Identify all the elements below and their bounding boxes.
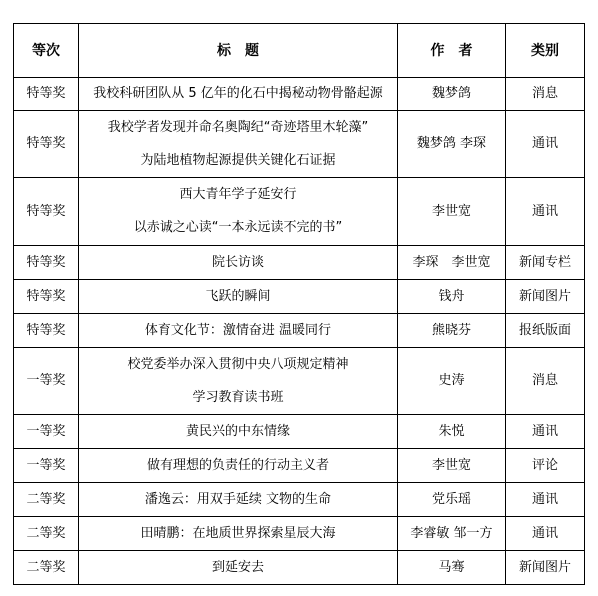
title-line: 学习教育读书班 bbox=[79, 390, 397, 406]
title-line: 黄民兴的中东情缘 bbox=[79, 424, 397, 440]
title-cell: 校党委举办深入贯彻中央八项规定精神学习教育读书班 bbox=[79, 348, 398, 415]
table-row: 二等奖潘逸云：用双手延续 文物的生命党乐瑶通讯 bbox=[14, 483, 585, 517]
title-line: 校党委举办深入贯彻中央八项规定精神 bbox=[79, 357, 397, 373]
title-cell: 体育文化节：激情奋进 温暖同行 bbox=[79, 314, 398, 348]
title-line: 我校科研团队从 5 亿年的化石中揭秘动物骨骼起源 bbox=[79, 86, 397, 102]
title-cell: 田晴鹏：在地质世界探索星辰大海 bbox=[79, 517, 398, 551]
author-cell: 李睿敏 邹一方 bbox=[398, 517, 506, 551]
award-table: 等次 标 题 作 者 类别 特等奖我校科研团队从 5 亿年的化石中揭秘动物骨骼起… bbox=[13, 23, 585, 585]
table-body: 特等奖我校科研团队从 5 亿年的化石中揭秘动物骨骼起源魏梦鸽消息特等奖我校学者发… bbox=[14, 78, 585, 585]
award-rank-cell: 二等奖 bbox=[14, 517, 79, 551]
category-cell: 新闻专栏 bbox=[506, 246, 585, 280]
author-cell: 朱悦 bbox=[398, 415, 506, 449]
header-category: 类别 bbox=[506, 24, 585, 78]
author-cell: 史涛 bbox=[398, 348, 506, 415]
author-cell: 魏梦鸽 李琛 bbox=[398, 111, 506, 178]
category-cell: 新闻图片 bbox=[506, 551, 585, 585]
table-row: 特等奖体育文化节：激情奋进 温暖同行熊晓芬报纸版面 bbox=[14, 314, 585, 348]
title-cell: 做有理想的负责任的行动主义者 bbox=[79, 449, 398, 483]
category-cell: 报纸版面 bbox=[506, 314, 585, 348]
table-row: 特等奖飞跃的瞬间钱舟新闻图片 bbox=[14, 280, 585, 314]
award-rank-cell: 特等奖 bbox=[14, 78, 79, 111]
table-row: 特等奖我校科研团队从 5 亿年的化石中揭秘动物骨骼起源魏梦鸽消息 bbox=[14, 78, 585, 111]
author-cell: 钱舟 bbox=[398, 280, 506, 314]
category-cell: 通讯 bbox=[506, 415, 585, 449]
title-line: 院长访谈 bbox=[79, 255, 397, 271]
award-rank-cell: 二等奖 bbox=[14, 483, 79, 517]
title-line: 为陆地植物起源提供关键化石证据 bbox=[79, 153, 397, 169]
table-row: 二等奖田晴鹏：在地质世界探索星辰大海李睿敏 邹一方通讯 bbox=[14, 517, 585, 551]
award-rank-cell: 一等奖 bbox=[14, 449, 79, 483]
title-line: 飞跃的瞬间 bbox=[79, 289, 397, 305]
award-rank-cell: 特等奖 bbox=[14, 178, 79, 246]
author-cell: 马骞 bbox=[398, 551, 506, 585]
table-row: 一等奖校党委举办深入贯彻中央八项规定精神学习教育读书班史涛消息 bbox=[14, 348, 585, 415]
title-cell: 潘逸云：用双手延续 文物的生命 bbox=[79, 483, 398, 517]
award-rank-cell: 特等奖 bbox=[14, 280, 79, 314]
award-rank-cell: 一等奖 bbox=[14, 348, 79, 415]
title-cell: 黄民兴的中东情缘 bbox=[79, 415, 398, 449]
title-line: 西大青年学子延安行 bbox=[79, 187, 397, 203]
title-line: 潘逸云：用双手延续 文物的生命 bbox=[79, 492, 397, 508]
table-row: 特等奖我校学者发现并命名奥陶纪“奇迹塔里木轮藻”为陆地植物起源提供关键化石证据魏… bbox=[14, 111, 585, 178]
award-rank-cell: 特等奖 bbox=[14, 111, 79, 178]
title-cell: 到延安去 bbox=[79, 551, 398, 585]
table-row: 特等奖院长访谈李琛 李世宽新闻专栏 bbox=[14, 246, 585, 280]
category-cell: 评论 bbox=[506, 449, 585, 483]
author-cell: 熊晓芬 bbox=[398, 314, 506, 348]
title-line: 我校学者发现并命名奥陶纪“奇迹塔里木轮藻” bbox=[79, 120, 397, 136]
award-rank-cell: 特等奖 bbox=[14, 246, 79, 280]
title-line: 田晴鹏：在地质世界探索星辰大海 bbox=[79, 526, 397, 542]
title-line: 到延安去 bbox=[79, 560, 397, 576]
header-title: 标 题 bbox=[79, 24, 398, 78]
award-rank-cell: 二等奖 bbox=[14, 551, 79, 585]
table-row: 特等奖西大青年学子延安行以赤诚之心读“一本永远读不完的书”李世宽通讯 bbox=[14, 178, 585, 246]
category-cell: 通讯 bbox=[506, 111, 585, 178]
table-row: 二等奖到延安去马骞新闻图片 bbox=[14, 551, 585, 585]
title-cell: 飞跃的瞬间 bbox=[79, 280, 398, 314]
category-cell: 消息 bbox=[506, 348, 585, 415]
author-cell: 李世宽 bbox=[398, 178, 506, 246]
title-cell: 我校科研团队从 5 亿年的化石中揭秘动物骨骼起源 bbox=[79, 78, 398, 111]
category-cell: 通讯 bbox=[506, 483, 585, 517]
header-author: 作 者 bbox=[398, 24, 506, 78]
author-cell: 李世宽 bbox=[398, 449, 506, 483]
title-cell: 西大青年学子延安行以赤诚之心读“一本永远读不完的书” bbox=[79, 178, 398, 246]
author-cell: 魏梦鸽 bbox=[398, 78, 506, 111]
title-cell: 我校学者发现并命名奥陶纪“奇迹塔里木轮藻”为陆地植物起源提供关键化石证据 bbox=[79, 111, 398, 178]
category-cell: 通讯 bbox=[506, 178, 585, 246]
table-row: 一等奖做有理想的负责任的行动主义者李世宽评论 bbox=[14, 449, 585, 483]
header-rank: 等次 bbox=[14, 24, 79, 78]
category-cell: 新闻图片 bbox=[506, 280, 585, 314]
category-cell: 通讯 bbox=[506, 517, 585, 551]
author-cell: 李琛 李世宽 bbox=[398, 246, 506, 280]
title-line: 做有理想的负责任的行动主义者 bbox=[79, 458, 397, 474]
table-row: 一等奖黄民兴的中东情缘朱悦通讯 bbox=[14, 415, 585, 449]
title-line: 体育文化节：激情奋进 温暖同行 bbox=[79, 323, 397, 339]
header-row: 等次 标 题 作 者 类别 bbox=[14, 24, 585, 78]
title-line: 以赤诚之心读“一本永远读不完的书” bbox=[79, 220, 397, 236]
category-cell: 消息 bbox=[506, 78, 585, 111]
author-cell: 党乐瑶 bbox=[398, 483, 506, 517]
award-rank-cell: 一等奖 bbox=[14, 415, 79, 449]
award-rank-cell: 特等奖 bbox=[14, 314, 79, 348]
title-cell: 院长访谈 bbox=[79, 246, 398, 280]
